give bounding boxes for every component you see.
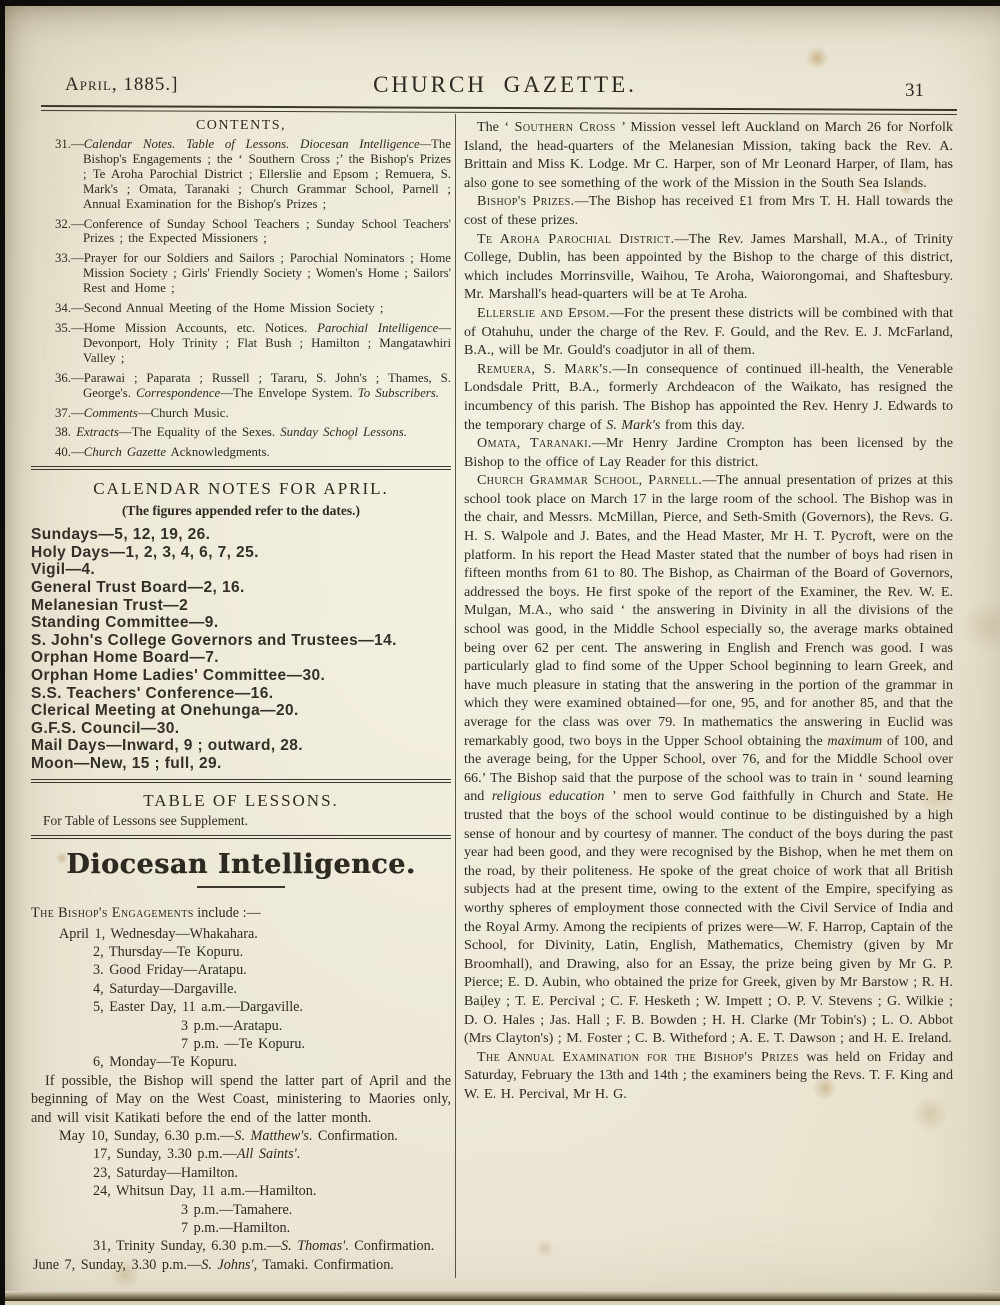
schedule-line: May 10, Sunday, 6.30 p.m.—S. Matthew's. … xyxy=(59,1127,451,1145)
schedule-line: If possible, the Bishop will spend the l… xyxy=(31,1072,451,1127)
schedule-line: 3 p.m.—Aratapu. xyxy=(181,1017,451,1035)
calendar-entry: General Trust Board—2, 16. xyxy=(31,579,451,597)
article-paragraph: Omata, Taranaki.—Mr Henry Jardine Crompt… xyxy=(464,434,953,471)
schedule-line: 31, Trinity Sunday, 6.30 p.m.—S. Thomas'… xyxy=(93,1237,451,1255)
contents-item-number: 31.— xyxy=(55,137,84,151)
calendar-entry: S. John's College Governors and Trustees… xyxy=(31,632,451,650)
calendar-subheading: (The figures appended refer to the dates… xyxy=(31,503,451,519)
page-number: 31 xyxy=(905,80,924,102)
table-of-lessons-note: For Table of Lessons see Supplement. xyxy=(43,813,451,829)
contents-item-text: Comments—Church Music. xyxy=(84,406,229,420)
contents-item: 31.—Calendar Notes. Table of Lessons. Di… xyxy=(31,137,451,212)
contents-heading: CONTENTS, xyxy=(31,118,451,134)
contents-item-number: 40.— xyxy=(55,445,84,459)
schedule-line: April 1, Wednesday—Whakahara. xyxy=(59,925,451,943)
calendar-entry: Clerical Meeting at Onehunga—20. xyxy=(31,702,451,720)
schedule-line: 4, Saturday—Dargaville. xyxy=(93,980,451,998)
calendar-entry: Melanesian Trust—2 xyxy=(31,597,451,615)
article-paragraph: Ellerslie and Epsom.—For the present the… xyxy=(464,304,953,360)
contents-item-text: Conference of Sunday School Teachers ; S… xyxy=(83,217,451,246)
calendar-heading: CALENDAR NOTES FOR APRIL. xyxy=(31,479,451,499)
schedule-line: 3. Good Friday—Aratapu. xyxy=(93,961,451,979)
heading-rule xyxy=(197,886,285,888)
contents-item: 34.—Second Annual Meeting of the Home Mi… xyxy=(31,301,451,316)
contents-list: 31.—Calendar Notes. Table of Lessons. Di… xyxy=(31,137,451,460)
contents-item-number: 37.— xyxy=(55,406,84,420)
page-bottom-edge xyxy=(5,1291,1000,1301)
contents-item-text: Parawai ; Paparata ; Russell ; Tararu, S… xyxy=(83,371,451,400)
contents-item: 40.—Church Gazette Acknowledgments. xyxy=(31,445,451,460)
column-divider xyxy=(455,114,456,1278)
article-paragraph: The Annual Examination for the Bishop's … xyxy=(464,1048,953,1104)
bishops-engagements-intro: The Bishop's Engagements include :— xyxy=(31,904,451,923)
contents-item: 36.—Parawai ; Paparata ; Russell ; Tarar… xyxy=(31,371,451,401)
section-divider-rule xyxy=(31,835,451,839)
contents-item-number: 33.— xyxy=(55,251,84,265)
right-column: The ‘ Southern Cross ’ Mission vessel le… xyxy=(464,118,953,1103)
contents-item-number: 38. xyxy=(55,425,71,439)
calendar-entry: G.F.S. Council—30. xyxy=(31,720,451,738)
diocesan-intelligence-heading: Diocesan Intelligence. xyxy=(31,849,451,880)
article-paragraph: Te Aroha Parochial District.—The Rev. Ja… xyxy=(464,230,953,304)
article-paragraph: The ‘ Southern Cross ’ Mission vessel le… xyxy=(464,118,953,192)
contents-item-text: Second Annual Meeting of the Home Missio… xyxy=(84,301,384,315)
table-of-lessons-heading: TABLE OF LESSONS. xyxy=(31,791,451,811)
section-divider-rule xyxy=(31,466,451,470)
calendar-entry: Orphan Home Ladies' Committee—30. xyxy=(31,667,451,685)
contents-item-text: Church Gazette Acknowledgments. xyxy=(84,445,270,459)
schedule-line: 7 p.m.—Hamilton. xyxy=(181,1219,451,1237)
schedule-line: 2, Thursday—Te Kopuru. xyxy=(93,943,451,961)
article-paragraph: Bishop's Prizes.—The Bishop has received… xyxy=(464,192,953,229)
header-rule xyxy=(41,105,957,115)
contents-item: 35.—Home Mission Accounts, etc. Notices.… xyxy=(31,321,451,366)
article-paragraph: Church Grammar School, Parnell.—The annu… xyxy=(464,471,953,1047)
page-background: April, 1885.] CHURCH GAZETTE. 31 CONTENT… xyxy=(5,6,1000,1305)
calendar-entry: Moon—New, 15 ; full, 29. xyxy=(31,755,451,773)
article-paragraphs: The ‘ Southern Cross ’ Mission vessel le… xyxy=(464,118,953,1103)
left-column: CONTENTS, 31.—Calendar Notes. Table of L… xyxy=(31,118,451,1274)
schedule-line: 3 p.m.—Tamahere. xyxy=(181,1201,451,1219)
contents-item-number: 32.— xyxy=(55,217,84,231)
schedule-line: 7 p.m. —Te Kopuru. xyxy=(181,1035,451,1053)
calendar-entry: Holy Days—1, 2, 3, 4, 6, 7, 25. xyxy=(31,544,451,562)
article-paragraph: Remuera, S. Mark's.—In consequence of co… xyxy=(464,360,953,434)
contents-item-number: 36.— xyxy=(55,371,84,385)
contents-item-text: Calendar Notes. Table of Lessons. Dioces… xyxy=(83,137,451,211)
section-divider-rule xyxy=(31,779,451,783)
contents-item-number: 34.— xyxy=(55,301,84,315)
contents-item-text: Extracts—The Equality of the Sexes. Sund… xyxy=(71,425,407,439)
schedule-line: 24, Whitsun Day, 11 a.m.—Hamilton. xyxy=(93,1182,451,1200)
schedule-line: June 7, Sunday, 3.30 p.m.—S. Johns', Tam… xyxy=(33,1256,451,1274)
contents-item-number: 35.— xyxy=(55,321,84,335)
contents-item: 32.—Conference of Sunday School Teachers… xyxy=(31,217,451,247)
contents-item-text: Home Mission Accounts, etc. Notices. Par… xyxy=(83,321,451,365)
calendar-entry: Sundays—5, 12, 19, 26. xyxy=(31,526,451,544)
schedule-line: 6, Monday—Te Kopuru. xyxy=(93,1053,451,1071)
contents-item-text: Prayer for our Soldiers and Sailors ; Pa… xyxy=(83,251,451,295)
contents-item: 33.—Prayer for our Soldiers and Sailors … xyxy=(31,251,451,296)
contents-item: 38. Extracts—The Equality of the Sexes. … xyxy=(31,425,451,440)
engagements-schedule: April 1, Wednesday—Whakahara. 2, Thursda… xyxy=(31,925,451,1275)
schedule-line: 17, Sunday, 3.30 p.m.—All Saints'. xyxy=(93,1145,451,1163)
next-page-sliver xyxy=(5,1301,1000,1305)
calendar-entry: S.S. Teachers' Conference—16. xyxy=(31,685,451,703)
contents-item: 37.—Comments—Church Music. xyxy=(31,406,451,421)
calendar-entry: Vigil—4. xyxy=(31,561,451,579)
schedule-line: 5, Easter Day, 11 a.m.—Dargaville. xyxy=(93,998,451,1016)
schedule-line: 23, Saturday—Hamilton. xyxy=(93,1164,451,1182)
calendar-entry: Orphan Home Board—7. xyxy=(31,649,451,667)
calendar-entry: Mail Days—Inward, 9 ; outward, 28. xyxy=(31,737,451,755)
calendar-list: Sundays—5, 12, 19, 26. Holy Days—1, 2, 3… xyxy=(31,526,451,772)
calendar-entry: Standing Committee—9. xyxy=(31,614,451,632)
page-title: CHURCH GAZETTE. xyxy=(5,72,1000,98)
scanned-gazette-page: { "colors": {"paper": "#ebe6d3", "ink": … xyxy=(0,0,1000,1305)
